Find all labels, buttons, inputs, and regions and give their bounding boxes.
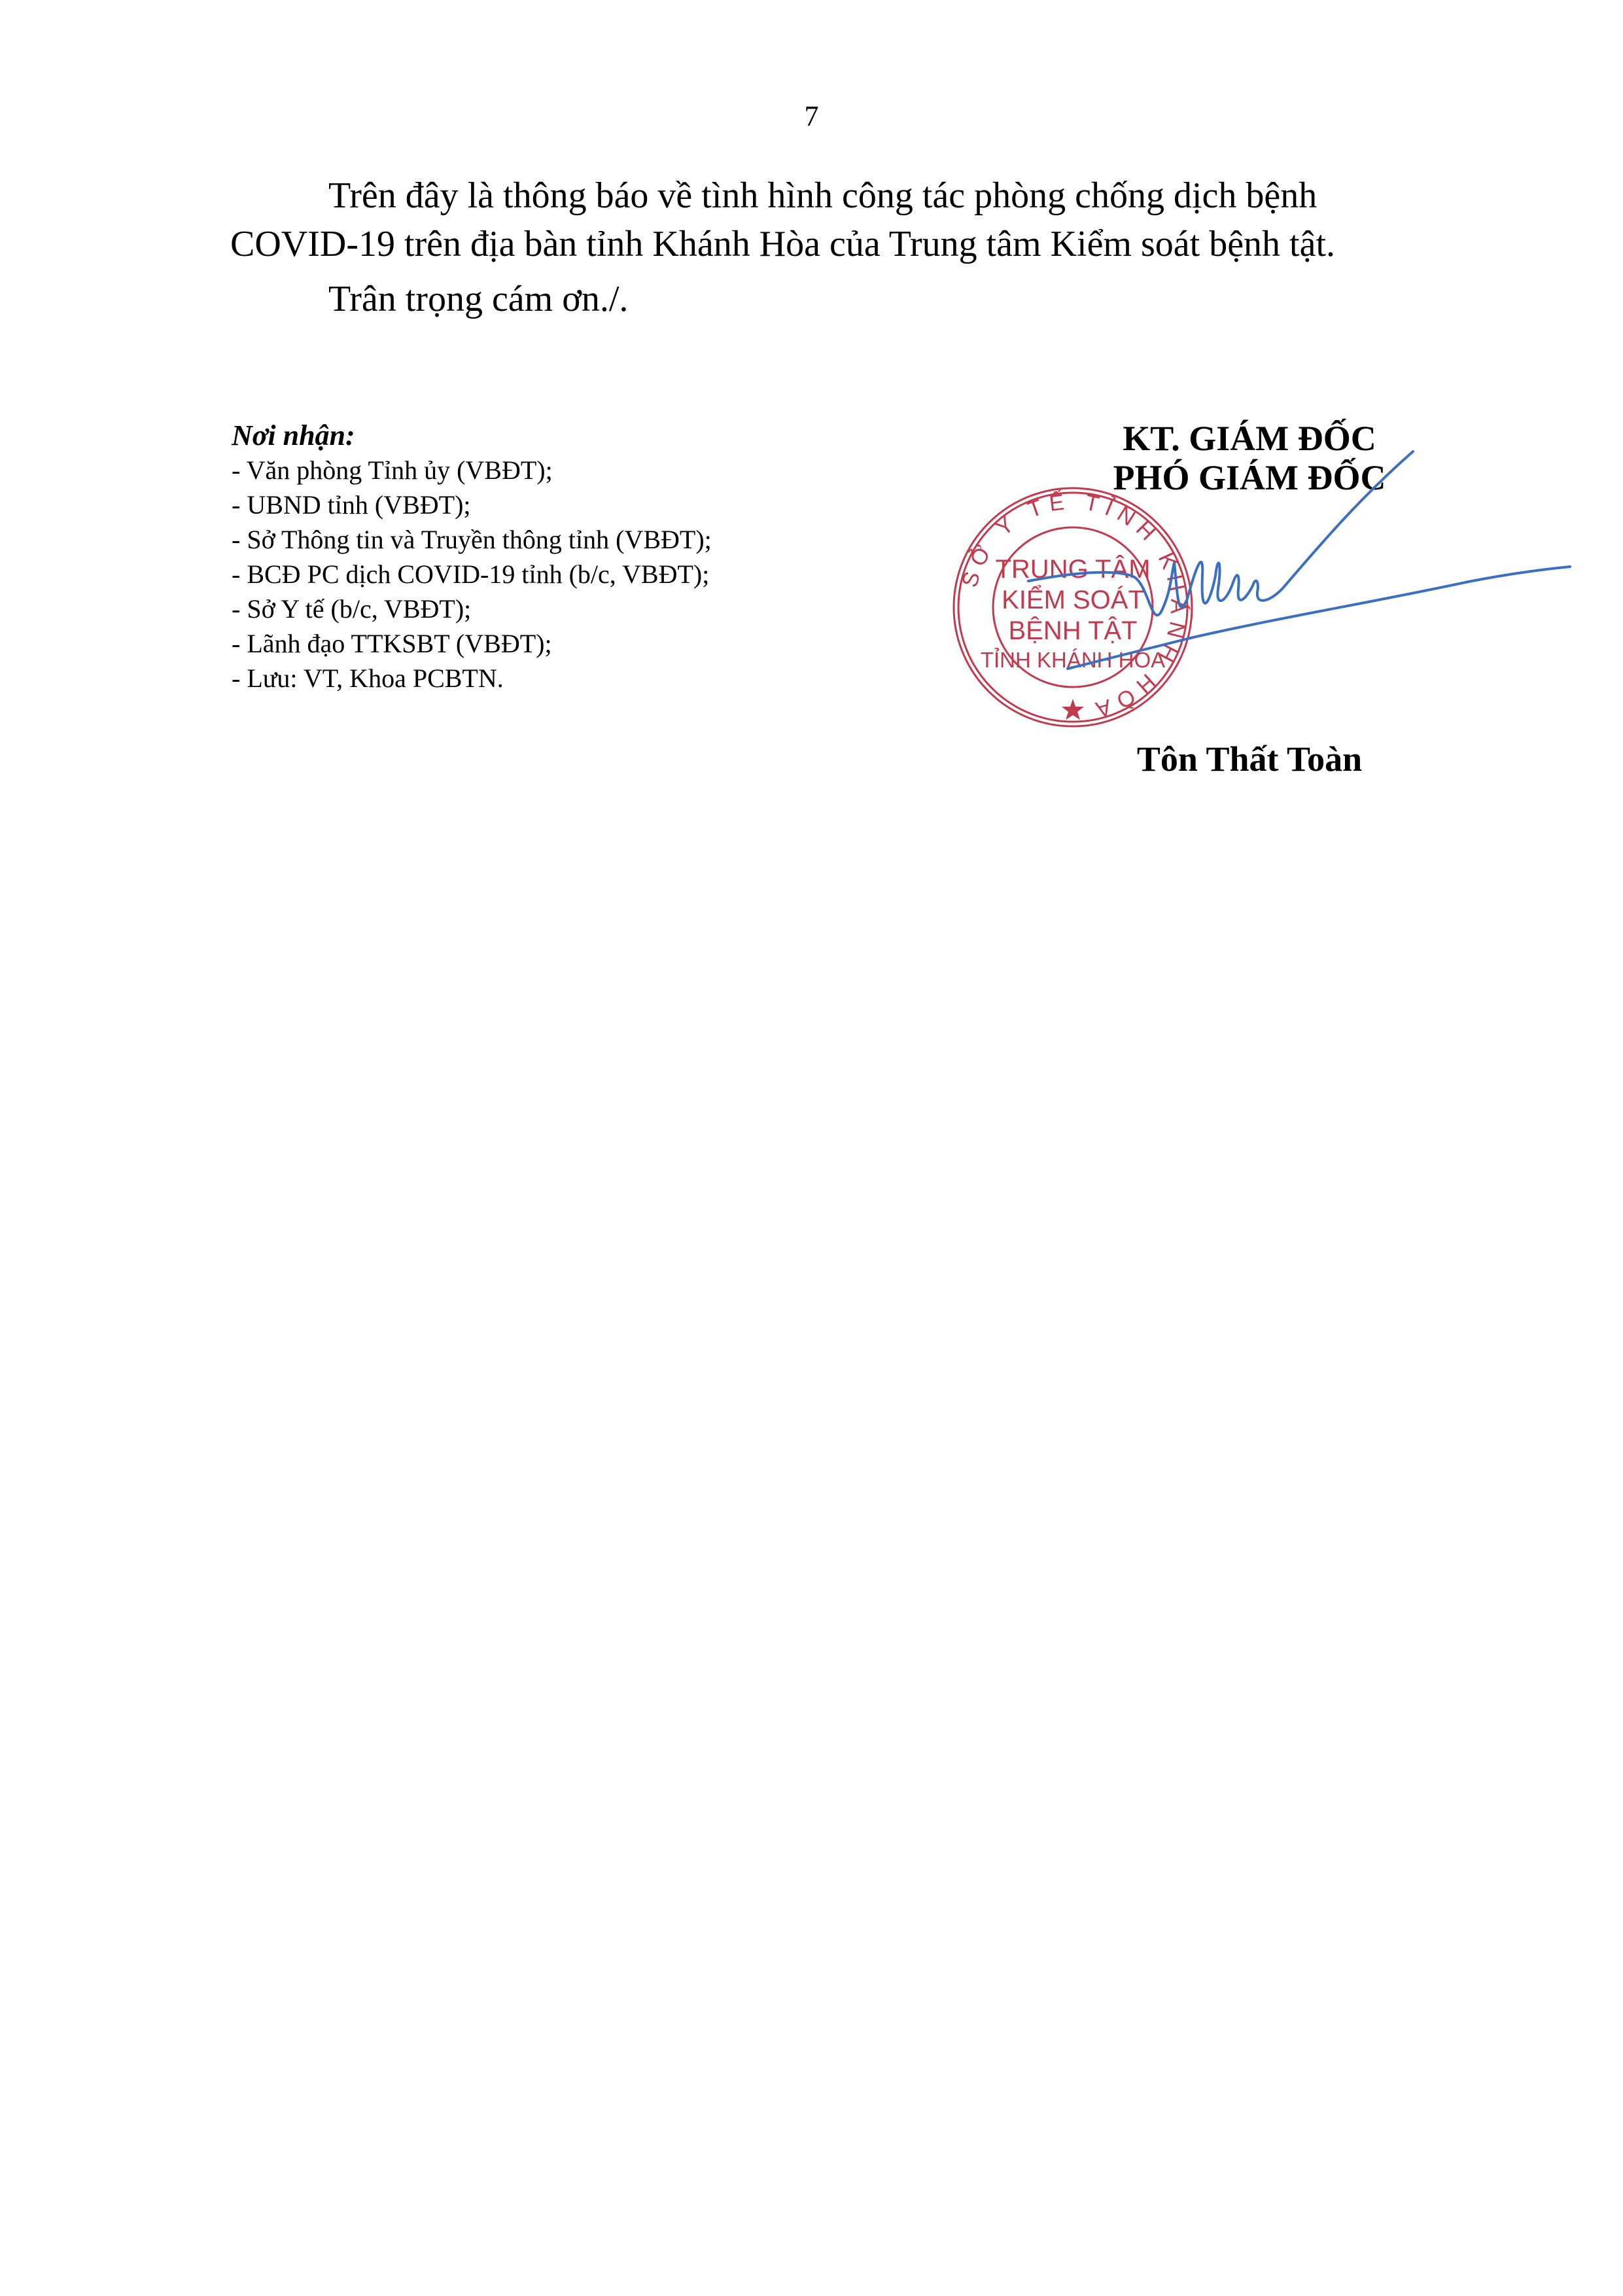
recipients-block: Nơi nhận: - Văn phòng Tỉnh ủy (VBĐT); - … [232, 419, 712, 696]
recipient-item: - Văn phòng Tỉnh ủy (VBĐT); [232, 453, 712, 487]
recipient-item: - Sở Thông tin và Truyền thông tỉnh (VBĐ… [232, 522, 712, 557]
handwritten-signature [0, 0, 1623, 2296]
stamp-center-line-4: TỈNH KHÁNH HÒA [981, 648, 1165, 672]
recipient-item: - Lãnh đạo TTKSBT (VBĐT); [232, 626, 712, 661]
body-paragraph-line-1: Trên đây là thông báo về tình hình công … [230, 171, 1408, 220]
signer-name: Tôn Thất Toàn [1047, 739, 1452, 779]
signer-title-line-1: KT. GIÁM ĐỐC [1047, 419, 1452, 458]
recipient-item: - Sở Y tế (b/c, VBĐT); [232, 592, 712, 626]
recipients-title: Nơi nhận: [232, 419, 712, 453]
stamp-center-line-3: BỆNH TẬT [1008, 616, 1137, 645]
recipient-item: - BCĐ PC dịch COVID-19 tỉnh (b/c, VBĐT); [232, 557, 712, 592]
star-icon [1062, 699, 1084, 720]
page-number: 7 [0, 97, 1623, 136]
body-paragraph-line-2: COVID-19 trên địa bàn tỉnh Khánh Hòa của… [230, 220, 1408, 268]
body-paragraph: Trên đây là thông báo về tình hình công … [230, 171, 1408, 268]
recipients-list: - Văn phòng Tỉnh ủy (VBĐT); - UBND tỉnh … [232, 453, 712, 696]
recipient-item: - Lưu: VT, Khoa PCBTN. [232, 661, 712, 696]
closing-line: Trân trọng cám ơn./. [230, 275, 1506, 323]
stamp-center-line-2: KIỂM SOÁT [1002, 584, 1144, 614]
official-stamp: SỞ Y TẾ TỈNH KHÁNH HÒA TRUNG TÂM KIỂM SO… [949, 483, 1197, 732]
stamp-center-line-1: TRUNG TÂM [995, 554, 1150, 584]
recipient-item: - UBND tỉnh (VBĐT); [232, 487, 712, 522]
